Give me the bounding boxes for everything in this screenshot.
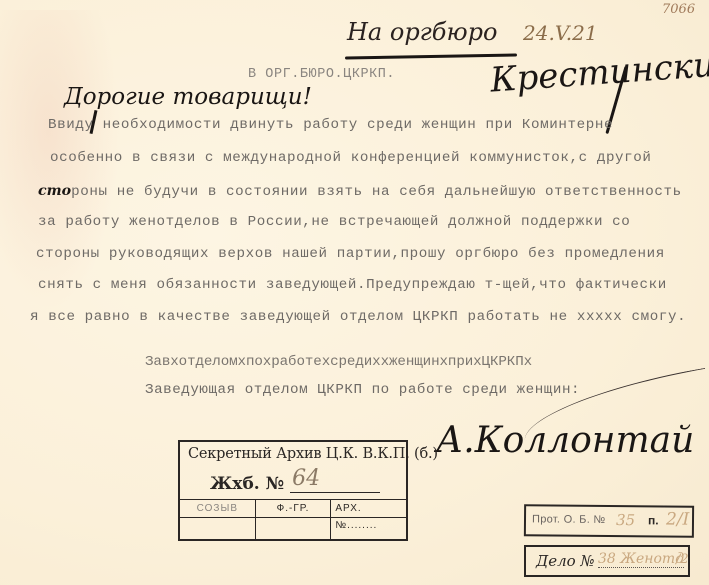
body-line-7: я все равно в качестве заведующей отдело… bbox=[30, 309, 686, 325]
struck-through-line: Завxотделомxпоxработеxсредиxxженщинxприx… bbox=[145, 354, 532, 370]
protocol-stamp: Прот. О. Б. № 35 п. 2/I bbox=[524, 504, 694, 537]
document-page: 7066 На оргбюро 24.V.21 Крестинский В ОР… bbox=[0, 0, 709, 585]
body-line-5: стороны руководящих верхов нашей партии,… bbox=[36, 246, 665, 262]
column-archive-number: АРХ. №........ bbox=[331, 500, 406, 539]
column-convocation: СОЗЫВ bbox=[180, 500, 256, 539]
case-value: 38 Женотд bbox=[598, 551, 684, 568]
greeting: Дорогие товарищи! bbox=[64, 84, 312, 110]
resolution-date: 24.V.21 bbox=[523, 21, 598, 45]
incoming-number-underline bbox=[290, 492, 380, 493]
body-line-6: снять с меня обязанности заведующей.Пред… bbox=[38, 277, 667, 293]
body-line-1: Ввиду необходимости двинуть работу среди… bbox=[48, 117, 613, 133]
resolution-note: На оргбюро 24.V.21 bbox=[347, 18, 598, 46]
handwritten-insert: сто bbox=[38, 183, 71, 199]
protocol-label: Прот. О. Б. № bbox=[532, 513, 606, 526]
protocol-number: 35 bbox=[616, 511, 635, 529]
archive-number: 7066 bbox=[662, 2, 695, 17]
protocol-item-label: п. bbox=[648, 513, 659, 527]
author-signature: А.Коллонтай bbox=[436, 420, 694, 461]
resolution-underline bbox=[345, 53, 517, 59]
addressee: В ОРГ.БЮРО.ЦКРКП. bbox=[248, 67, 395, 82]
incoming-number: 64 bbox=[292, 466, 320, 491]
case-suffix: /2 bbox=[676, 552, 689, 567]
case-stamp: Дело № 38 Женотд /2 bbox=[524, 545, 690, 577]
body-line-3: стороны не будучи в состоянии взять на с… bbox=[38, 183, 682, 200]
resolution-signature: Крестинский bbox=[489, 43, 709, 100]
archive-stamp-title: Секретный Архив Ц.К. В.К.П. (б.) bbox=[188, 446, 438, 462]
archive-stamp-grid: СОЗЫВ Ф.-ГР. АРХ. №........ bbox=[180, 499, 406, 539]
secret-archive-stamp: Секретный Архив Ц.К. В.К.П. (б.) Жхб. №6… bbox=[178, 440, 408, 541]
body-line-2: особенно в связи с международной конфере… bbox=[50, 150, 652, 166]
incoming-label: Жхб. № bbox=[210, 474, 284, 494]
case-label: Дело № bbox=[536, 552, 595, 570]
body-line-4: за работу женотделов в России,не встреча… bbox=[38, 214, 630, 230]
signature-title: Заведующая отделом ЦКРКП по работе среди… bbox=[145, 382, 580, 398]
resolution-text: На оргбюро bbox=[347, 18, 497, 46]
protocol-item-number: 2/I bbox=[666, 509, 689, 529]
body-line-3-text: роны не будучи в состоянии взять на себя… bbox=[71, 184, 682, 200]
column-fund-group: Ф.-ГР. bbox=[256, 500, 332, 539]
